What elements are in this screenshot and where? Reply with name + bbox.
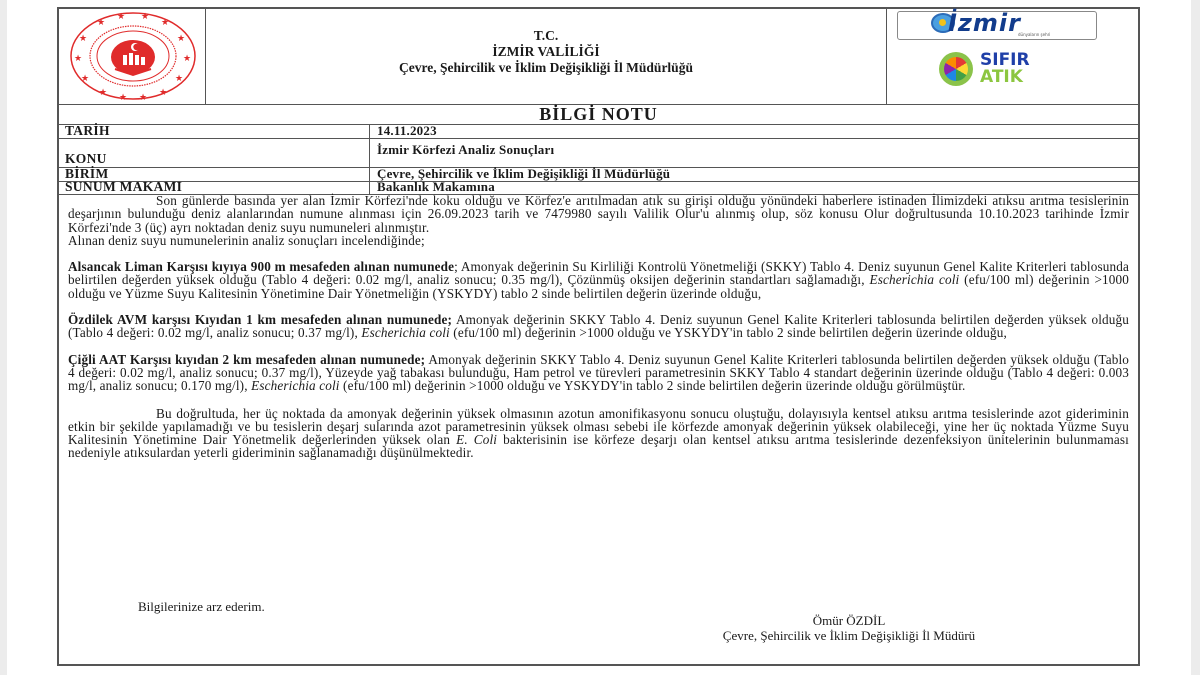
- header-governorship: İZMİR VALİLİĞİ: [206, 44, 886, 60]
- svg-text:★: ★: [161, 18, 169, 28]
- signatory-title: Çevre, Şehircilik ve İklim Değişikliği İ…: [639, 628, 1059, 643]
- header-partner-logos: İzmir dünyaların şehri SIFIR ATIK: [887, 9, 1138, 104]
- zero-waste-icon: [939, 52, 973, 86]
- meta-label: KONU: [65, 152, 107, 166]
- signature-block: Ömür ÖZDİL Çevre, Şehircilik ve İklim De…: [639, 613, 1059, 643]
- document-header: ★★★★ ★★ ★★ ★★ ★★★★ T.C. İZMİR VALİLİĞİ Ç…: [59, 9, 1138, 105]
- izmir-logo: İzmir dünyaların şehri: [897, 11, 1097, 40]
- intro-paragraph: Son günlerde basında yer alan İzmir Körf…: [68, 194, 1129, 234]
- meta-value: 14.11.2023: [377, 124, 437, 138]
- svg-text:★: ★: [159, 88, 167, 98]
- svg-text:★: ★: [175, 74, 183, 84]
- meta-row-subject: KONU İzmir Körfezi Analiz Sonuçları: [59, 139, 1138, 168]
- meta-value: Bakanlık Makamına: [377, 180, 495, 194]
- svg-text:★: ★: [117, 12, 125, 22]
- ministry-seal-icon: ★★★★ ★★ ★★ ★★ ★★★★: [69, 11, 197, 101]
- finding-ozdilek: Özdilek AVM karşısı Kıyıdan 1 km mesafed…: [68, 313, 1129, 340]
- svg-text:★: ★: [139, 93, 147, 101]
- svg-text:★: ★: [97, 18, 105, 28]
- finding-alsancak: Alsancak Liman Karşısı kıyıya 900 m mesa…: [68, 260, 1129, 300]
- zero-waste-text-2: ATIK: [980, 69, 1023, 86]
- info-note-document: ★★★★ ★★ ★★ ★★ ★★★★ T.C. İZMİR VALİLİĞİ Ç…: [57, 7, 1140, 666]
- svg-text:★: ★: [177, 34, 185, 44]
- svg-text:★: ★: [141, 12, 149, 22]
- meta-row-unit: BİRİM Çevre, Şehircilik ve İklim Değişik…: [59, 168, 1138, 182]
- header-tc: T.C.: [206, 28, 886, 44]
- meta-table: TARİH 14.11.2023 KONU İzmir Körfezi Anal…: [59, 125, 1138, 195]
- closing-line: Bilgilerinize arz ederim.: [138, 599, 265, 615]
- svg-text:★: ★: [79, 34, 87, 44]
- viewer-edge-left: [0, 0, 7, 675]
- meta-label: TARİH: [65, 124, 110, 138]
- svg-text:★: ★: [119, 93, 127, 101]
- header-title-cell: T.C. İZMİR VALİLİĞİ Çevre, Şehircilik ve…: [206, 9, 887, 104]
- intro-paragraph-2: Alınan deniz suyu numunelerinin analiz s…: [68, 234, 1129, 247]
- conclusion-paragraph: Bu doğrultuda, her üç noktada da amonyak…: [68, 407, 1129, 460]
- svg-text:★: ★: [99, 88, 107, 98]
- viewer-edge-right: [1191, 0, 1200, 675]
- finding-cigli: Çiğli AAT Karşısı kıyıdan 2 km mesafeden…: [68, 353, 1129, 393]
- signatory-name: Ömür ÖZDİL: [639, 613, 1059, 628]
- header-directorate: Çevre, Şehircilik ve İklim Değişikliği İ…: [206, 60, 886, 76]
- svg-text:★: ★: [74, 54, 82, 64]
- document-title: BİLGİ NOTU: [59, 105, 1138, 125]
- document-body: Son günlerde basında yer alan İzmir Körf…: [68, 194, 1129, 460]
- header-logo-cell: ★★★★ ★★ ★★ ★★ ★★★★: [59, 9, 206, 104]
- meta-row-date: TARİH 14.11.2023: [59, 125, 1138, 139]
- svg-text:★: ★: [81, 74, 89, 84]
- meta-label: SUNUM MAKAMI: [65, 180, 182, 194]
- svg-text:★: ★: [183, 54, 191, 64]
- meta-value: İzmir Körfezi Analiz Sonuçları: [377, 143, 554, 157]
